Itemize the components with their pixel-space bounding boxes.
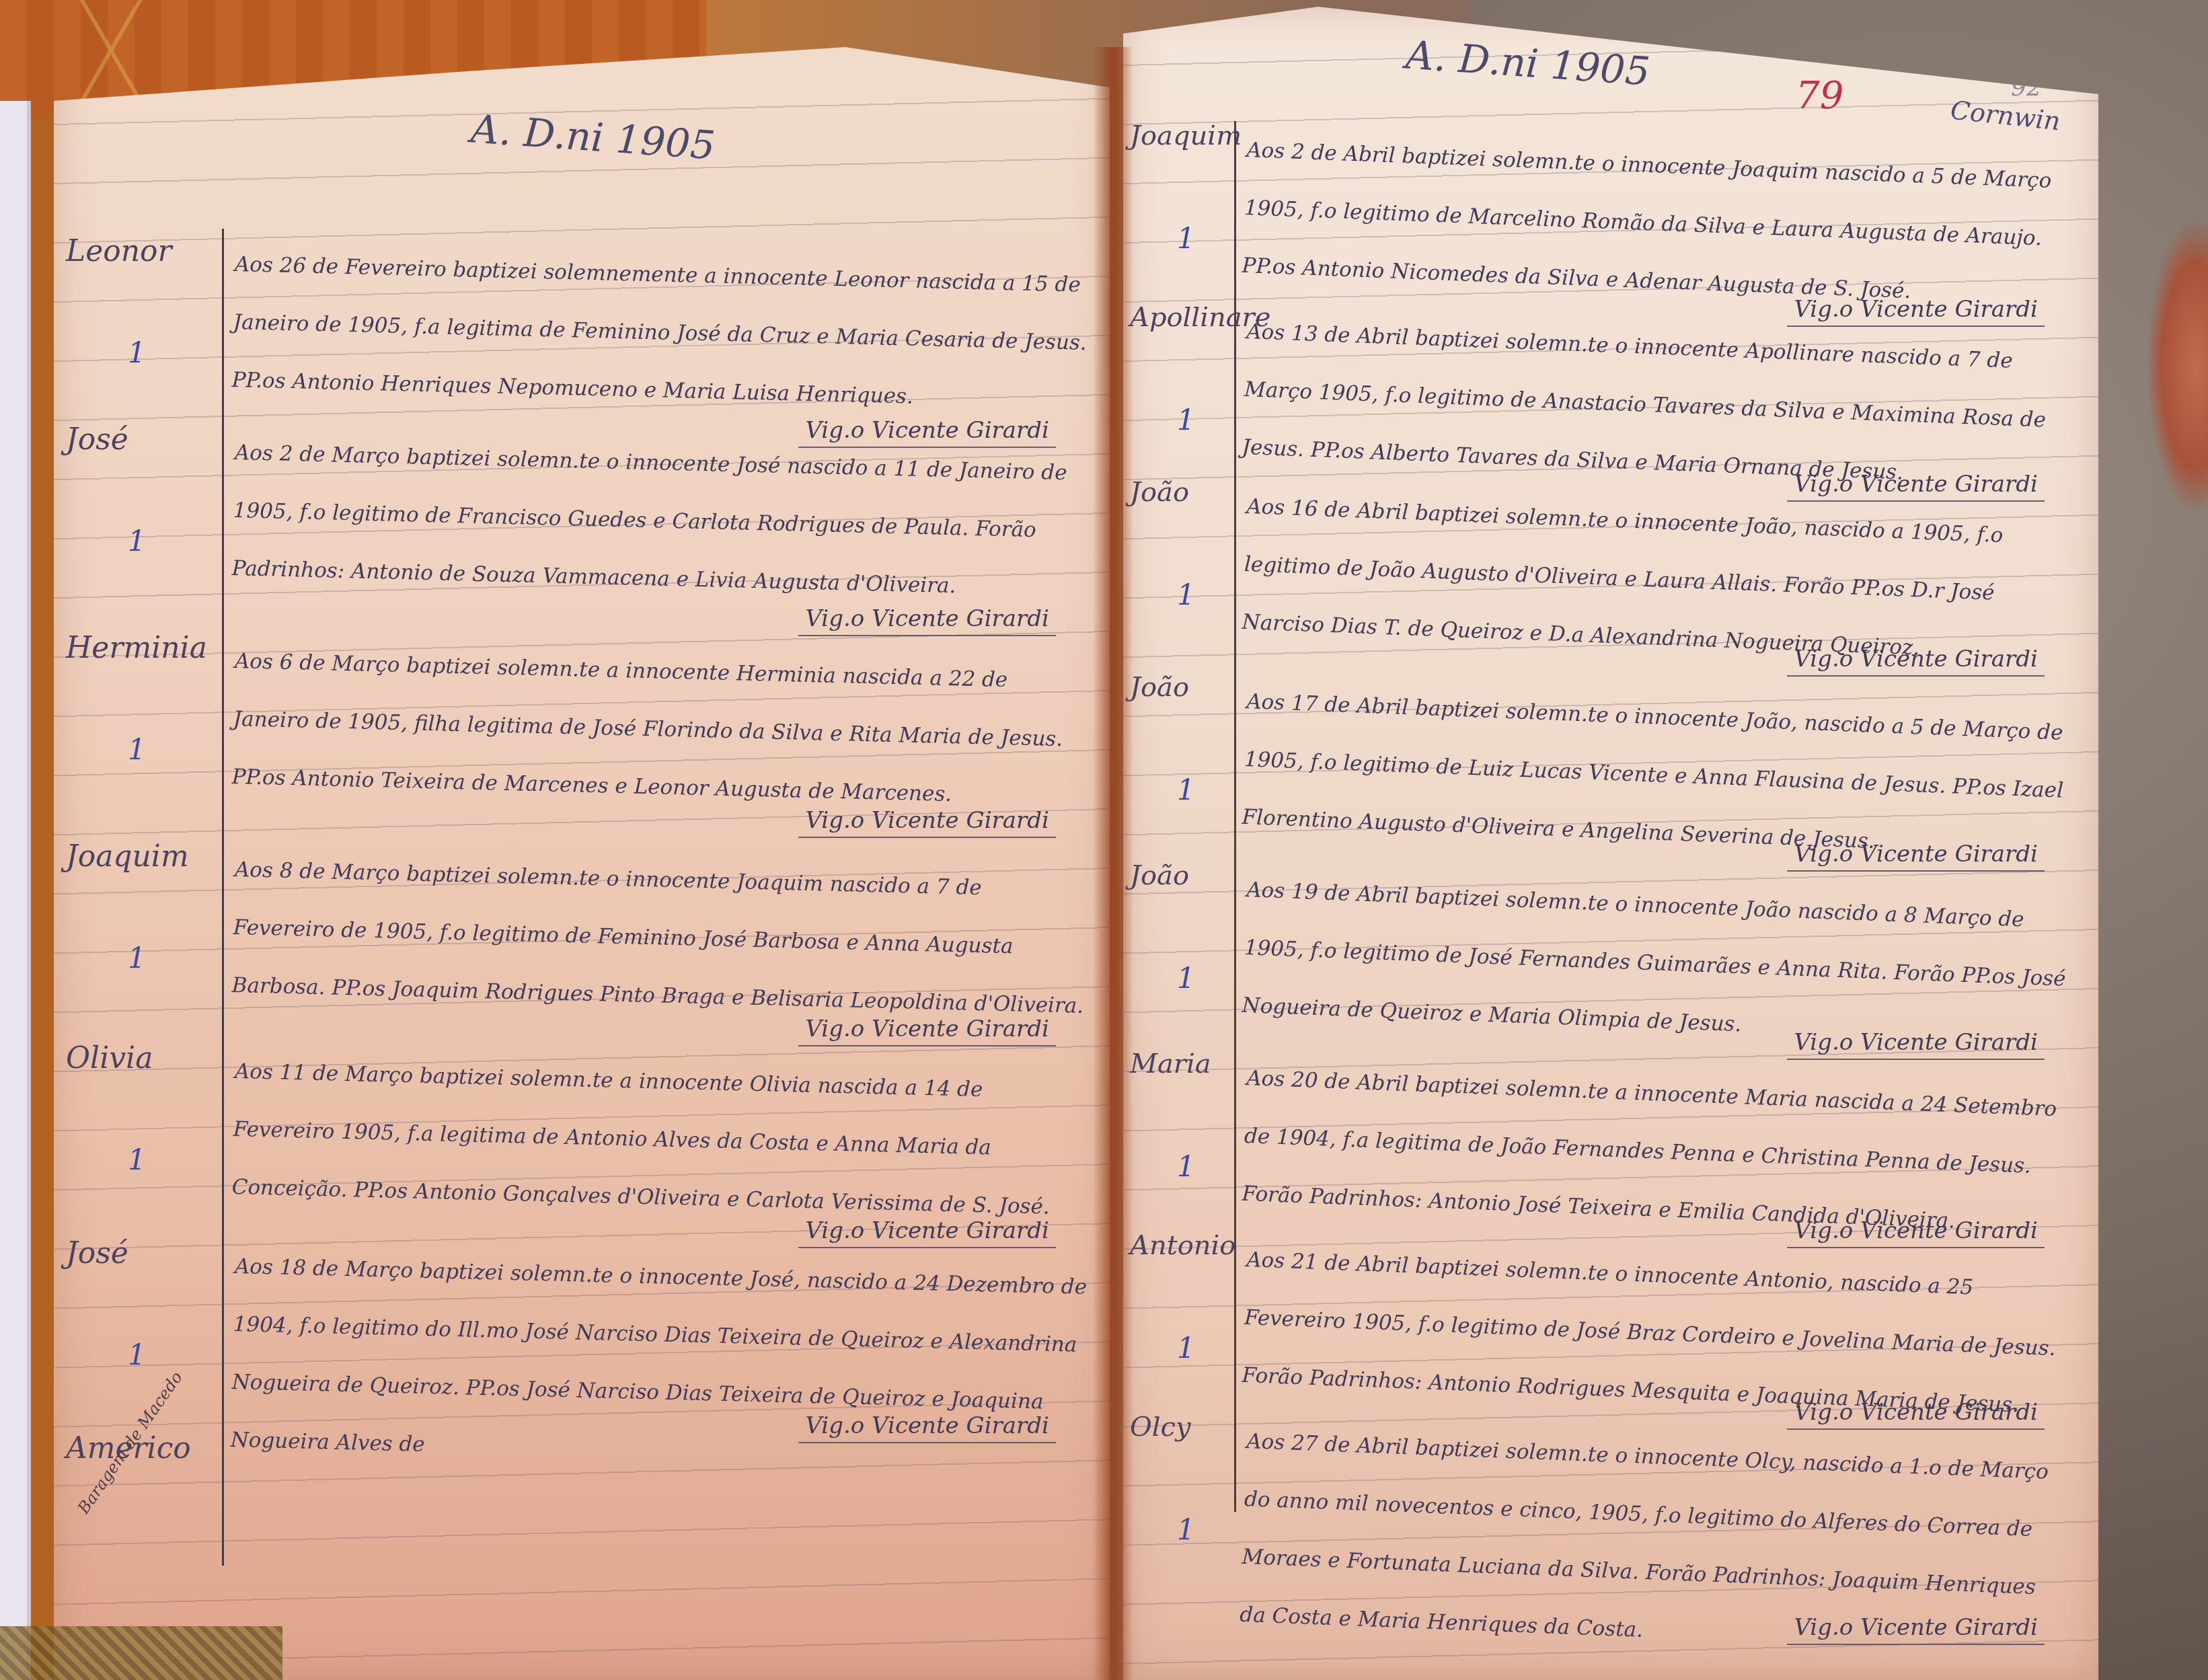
entry-signature: Vig.o Vicente Girardi xyxy=(1787,1614,2045,1645)
entry-name: Joaquim xyxy=(1130,121,1234,151)
entry-signature: Vig.o Vicente Girardi xyxy=(798,1016,1056,1046)
entry-name: Leonor xyxy=(66,235,221,268)
entry-text: Aos 8 de Março baptizei solemn.te o inno… xyxy=(231,841,1090,1035)
entry-name: João xyxy=(1130,673,1234,702)
folio-number-pencil: 92 xyxy=(2011,74,2042,102)
entry-name: Apollinare xyxy=(1130,303,1234,332)
fabric-corner xyxy=(0,1626,282,1680)
entry-signature: Vig.o Vicente Girardi xyxy=(1787,296,2045,327)
entry-name: Olcy xyxy=(1130,1412,1234,1442)
register-book: A. D.ni 1905 Leonor 1 Aos 26 de Fevereir… xyxy=(20,7,2139,1680)
entry-signature: Vig.o Vicente Girardi xyxy=(798,1217,1056,1248)
entry-count: 1 xyxy=(128,1338,146,1371)
entry-signature: Vig.o Vicente Girardi xyxy=(1787,1217,2045,1248)
entry-signature: Vig.o Vicente Girardi xyxy=(1787,841,2045,872)
entry-text: Aos 6 de Março baptizei solemn.te a inno… xyxy=(231,632,1090,827)
entry-text: Aos 11 de Março baptizei solemn.te a inn… xyxy=(231,1042,1090,1237)
entry-signature: Vig.o Vicente Girardi xyxy=(1787,646,2045,677)
entry-signature: Vig.o Vicente Girardi xyxy=(798,605,1056,636)
entry-count: 1 xyxy=(1177,1332,1195,1365)
entry-name: João xyxy=(1130,861,1234,890)
entry-count: 1 xyxy=(1177,578,1195,611)
entry-name: Antonio xyxy=(1130,1231,1234,1260)
entry-name: José xyxy=(66,424,221,456)
entry-name: Herminia xyxy=(66,632,221,664)
entry-count: 1 xyxy=(1177,1150,1195,1183)
left-page: A. D.ni 1905 Leonor 1 Aos 26 de Fevereir… xyxy=(54,7,1110,1680)
entry-text: Aos 2 de Março baptizei solemn.te o inno… xyxy=(231,424,1090,618)
entry-count: 1 xyxy=(1177,1513,1195,1546)
entry-count: 1 xyxy=(1177,773,1195,806)
entry-signature: Vig.o Vicente Girardi xyxy=(798,807,1056,838)
entry-count: 1 xyxy=(1177,222,1195,255)
entry-count: 1 xyxy=(128,336,146,369)
right-page: A. D.ni 1905 79 92 Cornwin Joaquim 1 Aos… xyxy=(1123,7,2098,1680)
entry-name: João xyxy=(1130,478,1234,507)
entry-count: 1 xyxy=(128,1143,146,1176)
entry-count: 1 xyxy=(1177,962,1195,995)
photographer-thumb xyxy=(2147,222,2208,511)
folio-number-red: 79 xyxy=(1796,74,1843,118)
book-gutter xyxy=(1093,47,1133,1680)
entry-count: 1 xyxy=(128,525,146,558)
entry-signature: Vig.o Vicente Girardi xyxy=(1787,1029,2045,1060)
entry-count: 1 xyxy=(128,733,146,766)
entry-name: Maria xyxy=(1130,1049,1234,1079)
margin-rule xyxy=(222,229,224,1566)
entry-name: Joaquim xyxy=(66,841,221,873)
entry-count: 1 xyxy=(1177,404,1195,436)
entry-text: Aos 26 de Fevereiro baptizei solemnement… xyxy=(231,235,1090,430)
entry-text: Aos 18 de Março baptizei solemn.te o inn… xyxy=(230,1237,1090,1490)
entry-name: José xyxy=(66,1237,221,1270)
entry-name: Olivia xyxy=(66,1042,221,1075)
entry-signature: Vig.o Vicente Girardi xyxy=(798,1412,1056,1443)
entry-signature: Vig.o Vicente Girardi xyxy=(1787,471,2045,502)
entry-count: 1 xyxy=(128,942,146,975)
entry-signature: Vig.o Vicente Girardi xyxy=(1787,1399,2045,1430)
